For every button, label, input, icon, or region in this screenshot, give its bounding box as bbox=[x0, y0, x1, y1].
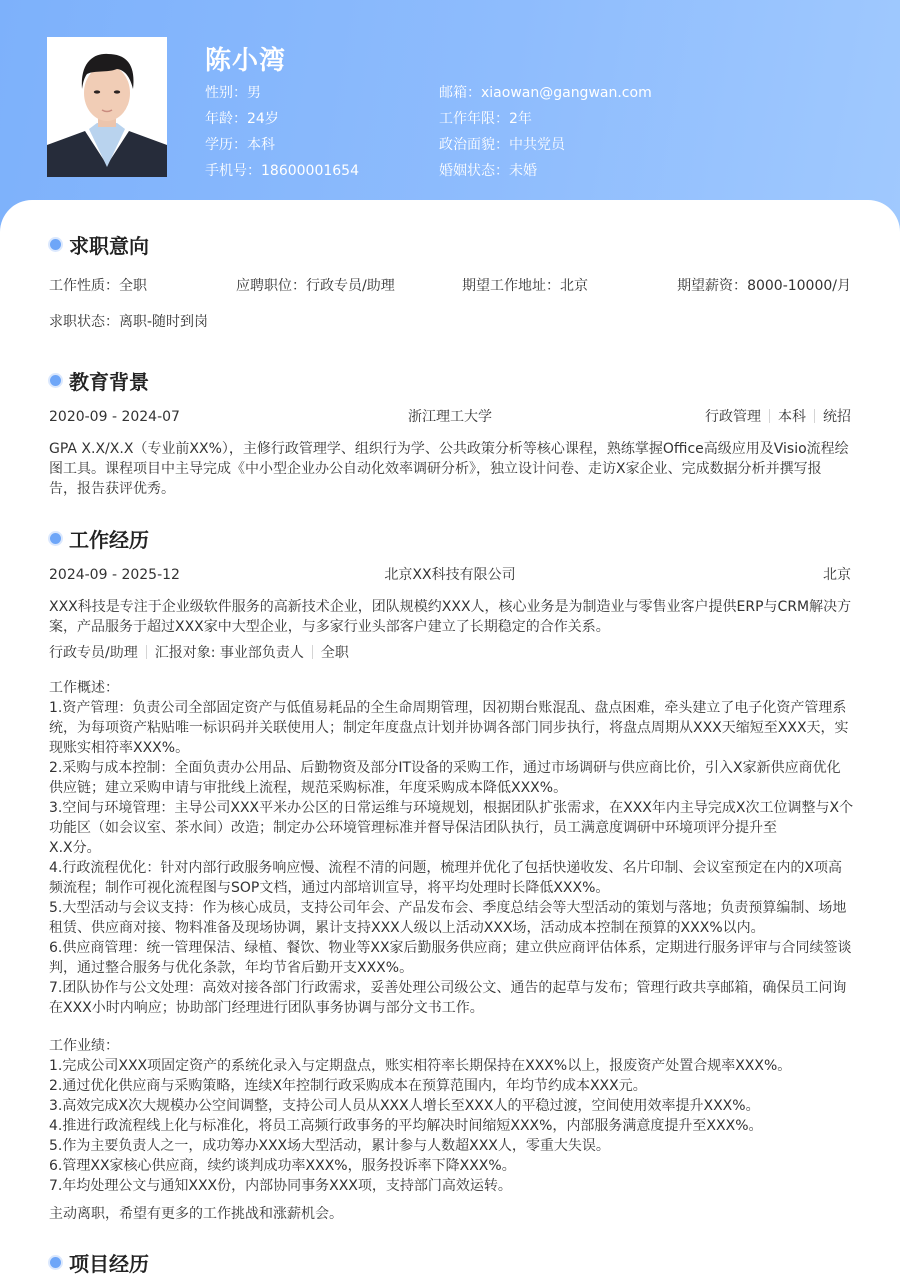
info-label: 婚姻状态： bbox=[439, 163, 509, 179]
overview-label: 工作概述： bbox=[49, 678, 854, 698]
info-label: 政治面貌： bbox=[439, 137, 509, 153]
divider bbox=[146, 645, 147, 659]
education-enrollment-type: 统招 bbox=[823, 409, 851, 425]
intent-value: 行政专员/助理 bbox=[306, 278, 395, 294]
intent-label: 期望薪资： bbox=[677, 278, 747, 294]
intent-label: 工作性质： bbox=[49, 278, 119, 294]
bullet-dot-icon bbox=[50, 533, 61, 544]
section-title-text: 教育背景 bbox=[69, 366, 149, 395]
info-phone: 手机号：18600001654 bbox=[205, 162, 359, 188]
text-line: 2.通过优化供应商与采购策略，连续X年控制行政采购成本在预算范围内，年均节约成本… bbox=[49, 1076, 854, 1096]
intent-status: 求职状态：离职-随时到岗 bbox=[49, 314, 208, 330]
basic-info-right: 邮箱：xiaowan@gangwan.com 工作年限：2年 政治面貌：中共党员… bbox=[439, 84, 652, 188]
info-label: 学历： bbox=[205, 137, 247, 153]
divider bbox=[814, 409, 815, 423]
bullet-dot-icon bbox=[50, 1257, 61, 1268]
section-title-intent: 求职意向 bbox=[48, 230, 149, 259]
bullet-dot-icon bbox=[50, 375, 61, 386]
work-report-to: 汇报对象: 事业部负责人 bbox=[155, 645, 304, 661]
info-value: 中共党员 bbox=[509, 137, 565, 153]
intent-value: 离职-随时到岗 bbox=[119, 314, 208, 330]
leave-reason: 主动离职，希望有更多的工作挑战和涨薪机会。 bbox=[49, 1204, 854, 1224]
text-line: 1.资产管理：负责公司全部固定资产与低值易耗品的全生命周期管理，因初期台账混乱、… bbox=[49, 698, 854, 718]
text-line: 6.管理XX家核心供应商，续约谈判成功率XXX%，服务投诉率下降XXX%。 bbox=[49, 1156, 854, 1176]
intent-value: 北京 bbox=[560, 278, 588, 294]
text-line: 7.年均处理公文与通知XXX份，内部协同事务XXX项，支持部门高效运转。 bbox=[49, 1176, 854, 1196]
section-title-projects: 项目经历 bbox=[48, 1248, 149, 1275]
education-tags: 行政管理本科统招 bbox=[705, 408, 851, 426]
info-label: 年龄： bbox=[205, 111, 247, 127]
info-value: 18600001654 bbox=[261, 163, 359, 179]
divider bbox=[769, 409, 770, 423]
info-label: 性别： bbox=[205, 85, 247, 101]
basic-info-left: 性别：男 年龄：24岁 学历：本科 手机号：18600001654 bbox=[205, 84, 359, 188]
text-line: 案，产品服务于超过XXX家中大型企业，与多家行业头部客户建立了长期稳定的合作关系… bbox=[49, 617, 854, 637]
info-political-status: 政治面貌：中共党员 bbox=[439, 136, 652, 162]
intent-value: 全职 bbox=[119, 278, 147, 294]
work-overview: 工作概述： 1.资产管理：负责公司全部固定资产与低值易耗品的全生命周期管理，因初… bbox=[49, 678, 854, 1018]
company-intro: XXX科技是专注于企业级软件服务的高新技术企业，团队规模约XXX人，核心业务是为… bbox=[49, 597, 854, 637]
divider bbox=[312, 645, 313, 659]
intent-label: 求职状态： bbox=[49, 314, 119, 330]
person-photo-icon bbox=[47, 37, 167, 177]
education-description: GPA X.X/X.X（专业前XX%），主修行政管理学、组织行为学、公共政策分析… bbox=[49, 439, 854, 499]
text-line: 统，为每项资产粘贴唯一标识码并关联使用人；制定年度盘点计划并协调各部门同步执行，… bbox=[49, 718, 854, 738]
education-header: 2020-09 - 2024-07 浙江理工大学 行政管理本科统招 bbox=[49, 408, 851, 426]
work-type: 全职 bbox=[321, 645, 349, 661]
intent-job-type: 工作性质：全职 bbox=[49, 277, 147, 295]
section-title-text: 工作经历 bbox=[69, 524, 149, 553]
text-line: 频流程；制作可视化流程图与SOP文档，通过内部培训宣导，将平均处理时长降低XXX… bbox=[49, 878, 854, 898]
info-gender: 性别：男 bbox=[205, 84, 359, 110]
text-line: XXX科技是专注于企业级软件服务的高新技术企业，团队规模约XXX人，核心业务是为… bbox=[49, 597, 854, 617]
bullet-dot-icon bbox=[50, 239, 61, 250]
info-marital-status: 婚姻状态：未婚 bbox=[439, 162, 652, 188]
intent-value: 8000-10000/月 bbox=[747, 278, 851, 294]
text-line: 5.作为主要负责人之一，成功筹办XXX场大型活动，累计参与人数超XXX人，零重大… bbox=[49, 1136, 854, 1156]
info-label: 手机号： bbox=[205, 163, 261, 179]
work-tags: 行政专员/助理汇报对象: 事业部负责人全职 bbox=[49, 644, 851, 662]
text-line: 租赁、供应商对接、物料准备及现场协调，累计支持XXX人级以上活动XXX场，活动成… bbox=[49, 918, 854, 938]
work-city: 北京 bbox=[823, 566, 851, 584]
text-line: 告，报告获评优秀。 bbox=[49, 479, 854, 499]
section-title-text: 项目经历 bbox=[69, 1248, 149, 1275]
info-value: xiaowan@gangwan.com bbox=[481, 85, 652, 101]
info-label: 邮箱： bbox=[439, 85, 481, 101]
info-value: 24岁 bbox=[247, 111, 279, 127]
text-line: 5.大型活动与会议支持：作为核心成员，支持公司年会、产品发布会、季度总结会等大型… bbox=[49, 898, 854, 918]
info-value: 2年 bbox=[509, 111, 532, 127]
section-title-education: 教育背景 bbox=[48, 366, 149, 395]
text-line: 判，通过整合服务与优化条款，年均节省后勤开支XXX%。 bbox=[49, 958, 854, 978]
info-value: 未婚 bbox=[509, 163, 537, 179]
intent-row-2: 求职状态：离职-随时到岗 bbox=[49, 313, 851, 331]
candidate-name: 陈小湾 bbox=[205, 40, 286, 77]
text-line: 现账实相符率XXX%。 bbox=[49, 738, 854, 758]
intent-label: 应聘职位： bbox=[236, 278, 306, 294]
work-role: 行政专员/助理 bbox=[49, 645, 138, 661]
section-title-work: 工作经历 bbox=[48, 524, 149, 553]
text-line: 3.空间与环境管理：主导公司XXX平米办公区的日常运维与环境规划，根据团队扩张需… bbox=[49, 798, 854, 818]
section-title-text: 求职意向 bbox=[69, 230, 149, 259]
info-work-years: 工作年限：2年 bbox=[439, 110, 652, 136]
text-line: 主动离职，希望有更多的工作挑战和涨薪机会。 bbox=[49, 1204, 854, 1224]
education-major: 行政管理 bbox=[705, 409, 761, 425]
info-age: 年龄：24岁 bbox=[205, 110, 359, 136]
intent-location: 期望工作地址：北京 bbox=[462, 277, 588, 295]
text-line: 在XXX小时内响应；协助部门经理进行团队事务协调与部分文书工作。 bbox=[49, 998, 854, 1018]
info-value: 男 bbox=[247, 85, 261, 101]
text-line: 6.供应商管理：统一管理保洁、绿植、餐饮、物业等XX家后勤服务供应商；建立供应商… bbox=[49, 938, 854, 958]
text-line: 7.团队协作与公文处理：高效对接各部门行政需求，妥善处理公司级公文、通告的起草与… bbox=[49, 978, 854, 998]
work-company: 北京XX科技有限公司 bbox=[49, 566, 851, 584]
text-line: 3.高效完成X次大规模办公空间调整，支持公司人员从XXX人增长至XXX人的平稳过… bbox=[49, 1096, 854, 1116]
text-line: 2.采购与成本控制：全面负责办公用品、后勤物资及部分IT设备的采购工作，通过市场… bbox=[49, 758, 854, 778]
text-line: 供应链；建立采购申请与审批线上流程，规范采购标准，年度采购成本降低XXX%。 bbox=[49, 778, 854, 798]
work-header: 2024-09 - 2025-12 北京XX科技有限公司 北京 bbox=[49, 566, 851, 584]
work-achievements: 工作业绩： 1.完成公司XXX项固定资产的系统化录入与定期盘点，账实相符率长期保… bbox=[49, 1036, 854, 1196]
info-value: 本科 bbox=[247, 137, 275, 153]
text-line: 4.行政流程优化：针对内部行政服务响应慢、流程不清的问题，梳理并优化了包括快递收… bbox=[49, 858, 854, 878]
intent-label: 期望工作地址： bbox=[462, 278, 560, 294]
info-email: 邮箱：xiaowan@gangwan.com bbox=[439, 84, 652, 110]
achievements-label: 工作业绩： bbox=[49, 1036, 854, 1056]
text-line: X.X分。 bbox=[49, 838, 854, 858]
text-line: 1.完成公司XXX项固定资产的系统化录入与定期盘点，账实相符率长期保持在XXX%… bbox=[49, 1056, 854, 1076]
info-label: 工作年限： bbox=[439, 111, 509, 127]
intent-position: 应聘职位：行政专员/助理 bbox=[236, 277, 395, 295]
text-line: GPA X.X/X.X（专业前XX%），主修行政管理学、组织行为学、公共政策分析… bbox=[49, 439, 854, 459]
education-degree: 本科 bbox=[778, 409, 806, 425]
profile-photo bbox=[47, 37, 167, 177]
intent-salary: 期望薪资：8000-10000/月 bbox=[677, 277, 851, 295]
text-line: 4.推进行政流程线上化与标准化，将员工高频行政事务的平均解决时间缩短XXX%，内… bbox=[49, 1116, 854, 1136]
info-degree: 学历：本科 bbox=[205, 136, 359, 162]
text-line: 图工具。课程项目中主导完成《中小型企业办公自动化效率调研分析》，独立设计问卷、走… bbox=[49, 459, 854, 479]
text-line: 功能区（如会议室、茶水间）改造；制定办公环境管理标准并督导保洁团队执行，员工满意… bbox=[49, 818, 854, 838]
